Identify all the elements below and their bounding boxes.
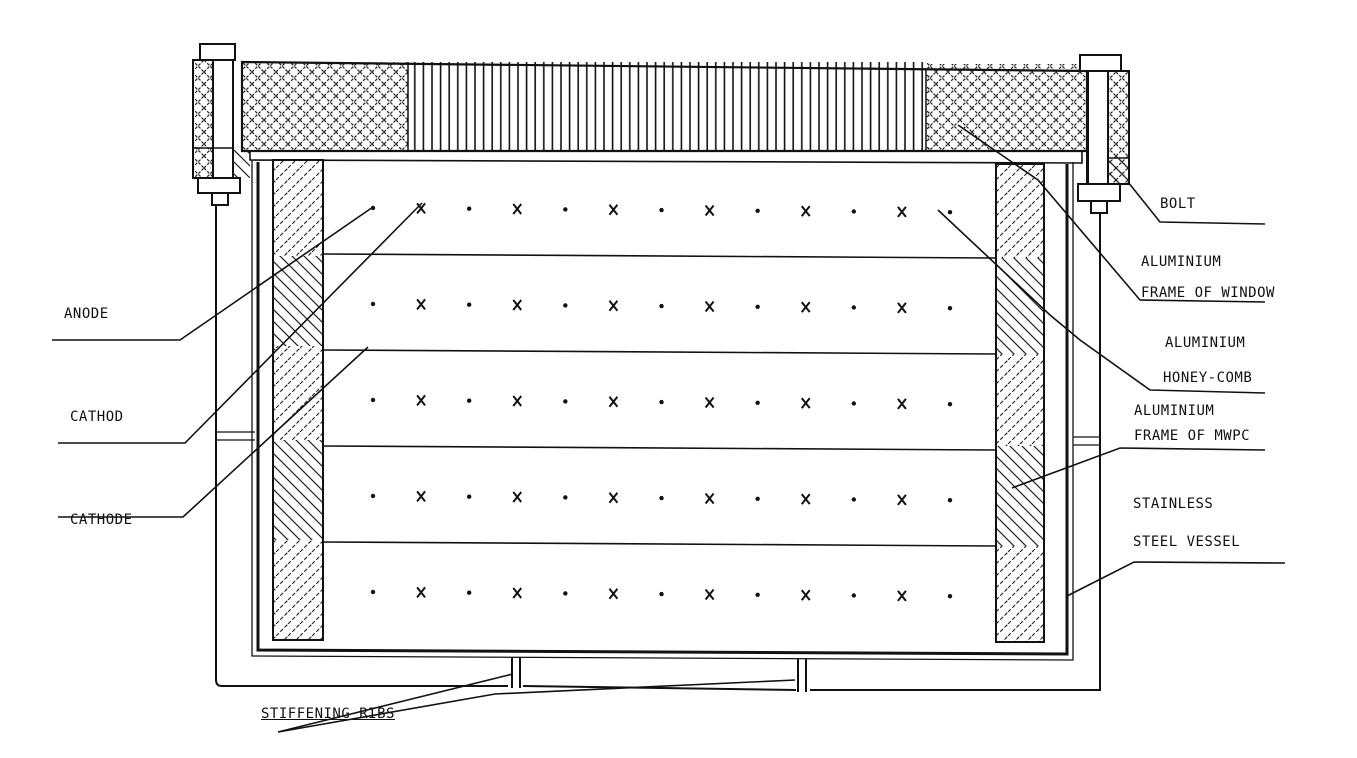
anode-wire [659,208,663,212]
cathode-wire [609,493,617,503]
anode-wire [371,302,375,306]
anode-wire [755,593,759,597]
label-frame-of-window-line2: FRAME OF WINDOW [1141,285,1275,301]
cathode-wire [706,589,714,599]
cathode-wire [609,205,617,215]
anode-wire [659,496,663,500]
cathode-wire [417,395,425,405]
label-cathode: CATHODE [70,512,133,528]
cathode-wire [802,494,810,504]
anode-wire [467,207,471,211]
anode-wire [563,495,567,499]
cathode-wire [706,301,714,311]
cathode-wire [802,398,810,408]
mwpc-frame-left [273,160,323,640]
label-frame-of-window-line1: ALUMINIUM [1141,254,1221,270]
anode-wire [563,591,567,595]
anode-wire [659,304,663,308]
cathode-wire [802,590,810,600]
cathode-wire [706,205,714,215]
cathode-wire [513,588,521,598]
anode-wire [755,497,759,501]
honeycomb-fill [408,62,926,150]
anode-wire [852,497,856,501]
cathode-wire [609,301,617,311]
cathode-wire [802,302,810,312]
label-vessel-line1: STAINLESS [1133,496,1213,512]
cathode-wire [513,492,521,502]
cathode-planes [323,254,996,546]
anode-wire [948,402,952,406]
anode-wire [659,592,663,596]
label-cathod: CATHOD [70,409,124,425]
anode-wire [755,401,759,405]
label-bolt: BOLT [1160,196,1196,212]
mwpc-frame-right [996,164,1044,642]
anode-wire [948,594,952,598]
cathode-wire [898,495,906,505]
label-anode: ANODE [64,306,109,322]
anode-wire [852,593,856,597]
anode-wire [371,494,375,498]
cathode-wire [513,300,521,310]
detector-cross-section-drawing [0,0,1357,758]
anode-wire [371,590,375,594]
cathode-wire [706,397,714,407]
anode-wire [467,399,471,403]
cathode-wire [898,399,906,409]
anode-wire [948,210,952,214]
anode-wire [563,399,567,403]
anode-wire [371,398,375,402]
label-vessel-line2: STEEL VESSEL [1133,534,1240,550]
cathode-wire [417,491,425,501]
anode-wire [755,305,759,309]
anode-wire [948,306,952,310]
cathode-wire [609,397,617,407]
cathode-wire [802,206,810,216]
anode-wire [852,209,856,213]
anode-wire [563,207,567,211]
label-frame-of-mwpc-line2: FRAME OF MWPC [1134,428,1250,444]
cathode-wire [417,299,425,309]
stainless-steel-vessel [216,160,1100,690]
cathode-wire [898,591,906,601]
label-honeycomb-line2: HONEY-COMB [1163,370,1252,386]
anode-wire [467,495,471,499]
anode-wire [852,305,856,309]
cathode-wire [609,589,617,599]
cathode-wire [513,396,521,406]
anode-wire [852,401,856,405]
cathode-wire [513,204,521,214]
anode-wire [563,303,567,307]
anode-wire [948,498,952,502]
anode-wire [467,303,471,307]
cathode-wire [898,303,906,313]
anode-wire [659,400,663,404]
cathode-wire [898,207,906,217]
window-top-bar [242,62,1087,163]
label-frame-of-mwpc-line1: ALUMINIUM [1134,403,1214,419]
label-honeycomb-line1: ALUMINIUM [1165,335,1245,351]
cathode-wire [706,493,714,503]
wire-grid [371,203,952,600]
label-stiffening-ribs: STIFFENING RIBS [261,706,395,722]
cathode-wire [417,587,425,597]
anode-wire [755,209,759,213]
anode-wire [467,591,471,595]
